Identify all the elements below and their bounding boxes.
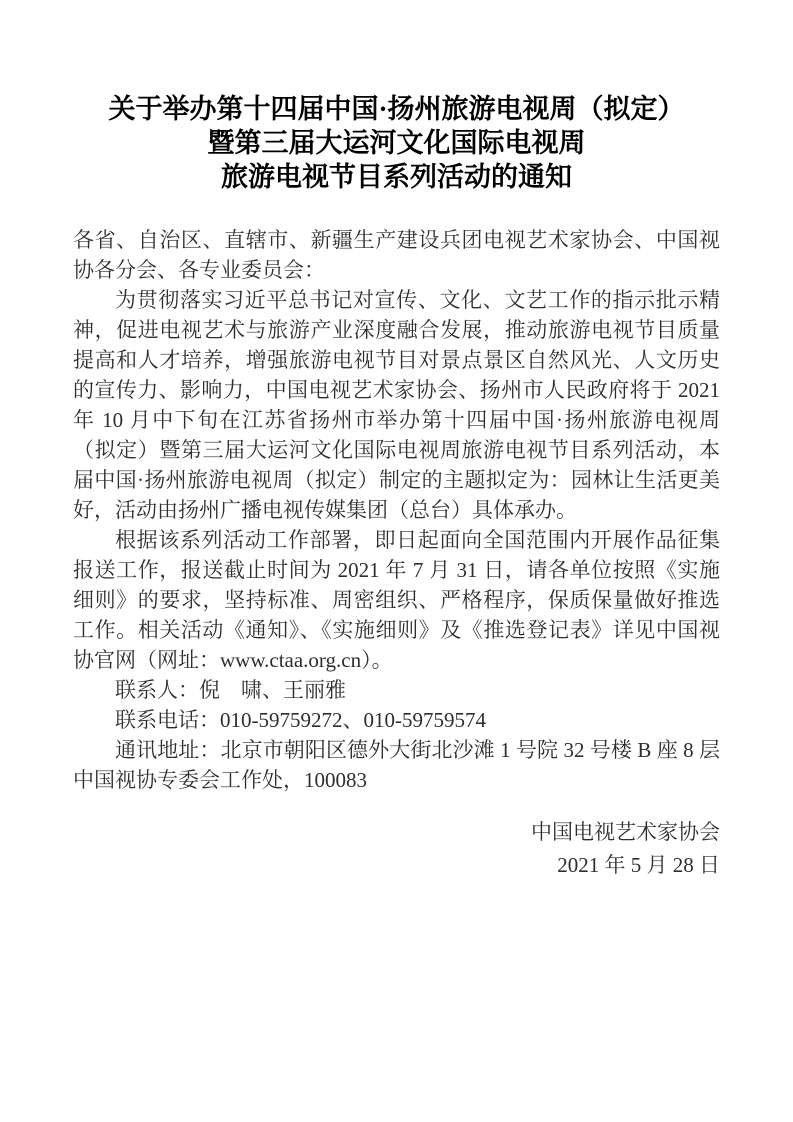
title-line-2: 暨第三届大运河文化国际电视周 xyxy=(73,126,720,160)
title-line-3: 旅游电视节目系列活动的通知 xyxy=(73,160,720,194)
contact-person-line: 联系人：倪 啸、王丽雅 xyxy=(73,675,720,705)
title-line-1: 关于举办第十四届中国·扬州旅游电视周（拟定） xyxy=(73,92,720,126)
signature-block: 中国电视艺术家协会 2021 年 5 月 28 日 xyxy=(73,816,720,882)
document-page: 关于举办第十四届中国·扬州旅游电视周（拟定） 暨第三届大运河文化国际电视周 旅游… xyxy=(0,0,793,1122)
paragraph-submission: 根据该系列活动工作部署，即日起面向全国范围内开展作品征集报送工作，报送截止时间为… xyxy=(73,525,720,675)
contact-phone-line: 联系电话：010-59759272、010-59759574 xyxy=(73,705,720,735)
document-title: 关于举办第十四届中国·扬州旅游电视周（拟定） 暨第三届大运河文化国际电视周 旅游… xyxy=(73,92,720,194)
salutation: 各省、自治区、直辖市、新疆生产建设兵团电视艺术家协会、中国视协各分会、各专业委员… xyxy=(73,225,720,285)
signature-organization: 中国电视艺术家协会 xyxy=(73,816,720,849)
signature-date: 2021 年 5 月 28 日 xyxy=(73,849,720,882)
contact-address-line: 通讯地址：北京市朝阳区德外大街北沙滩 1 号院 32 号楼 B 座 8 层中国视… xyxy=(73,735,720,795)
paragraph-background: 为贯彻落实习近平总书记对宣传、文化、文艺工作的指示批示精神，促进电视艺术与旅游产… xyxy=(73,285,720,525)
